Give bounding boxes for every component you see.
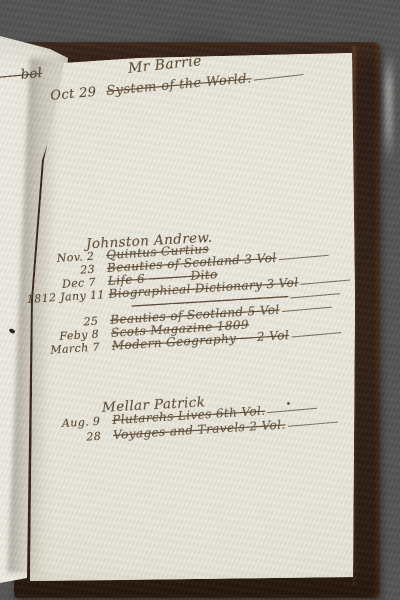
cloth-highlight-streak xyxy=(384,52,393,162)
photo-of-ledger-book: ——bol Mr Barrie Oct 29System of the Worl… xyxy=(0,0,400,600)
ink-dot xyxy=(287,402,290,405)
section-entries-johnston-andrew: Nov. 2 Quintus Curtius 23 Beauties of Sc… xyxy=(24,236,302,356)
